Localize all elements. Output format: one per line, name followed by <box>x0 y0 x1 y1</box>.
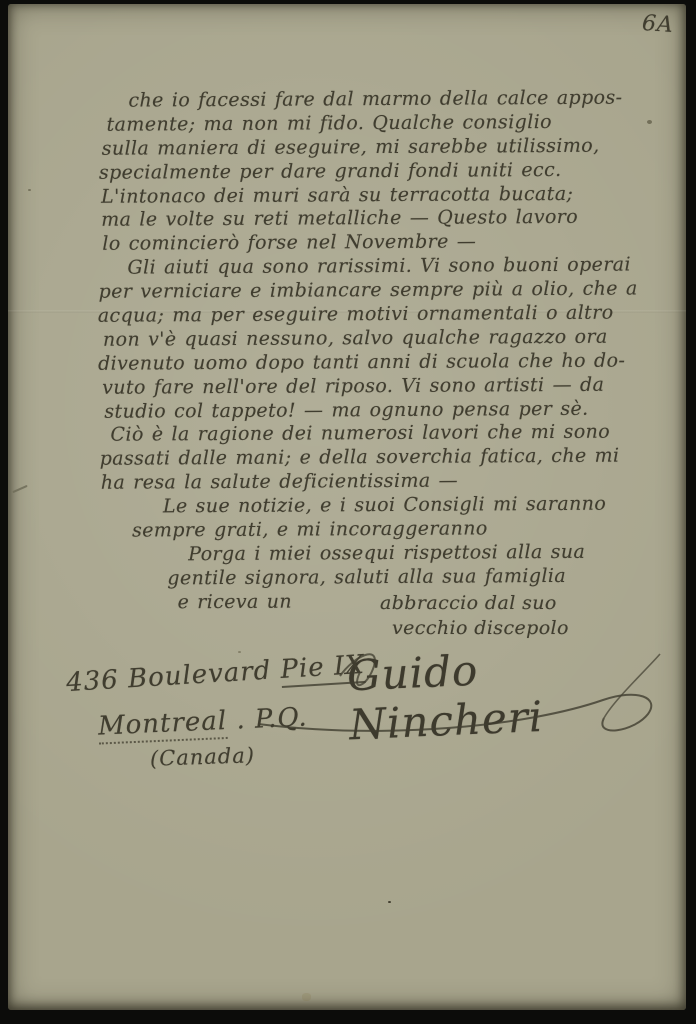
handwritten-line: studio col tappeto! — ma ognuno pensa pe… <box>104 397 680 424</box>
page-number-mark: 6A <box>641 11 675 38</box>
closing-line-discepolo: vecchio discepolo <box>392 617 569 639</box>
address-city-underlined: Montreal <box>97 706 227 745</box>
letter-body: che io facessi fare dal marmo della calc… <box>90 86 681 615</box>
closing-line-abbraccio: abbraccio dal suo <box>380 592 557 614</box>
letter-paper: 6A che io facessi fare dal marmo della c… <box>8 4 686 1010</box>
handwritten-line: sempre grati, e mi incoraggeranno <box>132 516 681 543</box>
handwritten-line: per verniciare e imbiancare sempre più a… <box>99 277 680 304</box>
address-province: . P.Q. <box>226 702 308 735</box>
signature-guido-nincheri: Guido Nincheri <box>346 637 688 750</box>
handwritten-line: gentile signora, saluti alla sua famigli… <box>167 564 681 591</box>
handwritten-line: specialmente per dare grandi fondi uniti… <box>99 158 679 185</box>
handwritten-line: Porga i miei ossequi rispettosi alla sua <box>188 540 681 567</box>
handwritten-line: ma le volte su reti metalliche — Questo … <box>101 206 679 233</box>
pencil-margin-mark <box>12 485 27 493</box>
handwritten-line: ha resa la salute deficientissima — <box>101 468 681 495</box>
address-street: 436 Boulevard Pie IX <box>65 650 365 698</box>
handwritten-line: non v'è quasi nessuno, salvo qualche rag… <box>103 325 680 352</box>
handwritten-line: Ciò è la ragione dei numerosi lavori che… <box>110 421 680 448</box>
address-street-underlined: Pie IX <box>280 650 366 688</box>
address-country: (Canada) <box>150 743 256 771</box>
handwritten-line: lo comincierò forse nel Novembre — <box>102 230 679 257</box>
scan-background: 6A che io facessi fare dal marmo della c… <box>0 0 696 1024</box>
handwritten-line: che io facessi fare dal marmo della calc… <box>128 86 678 113</box>
handwritten-line: divenuto uomo dopo tanti anni di scuola … <box>98 349 680 376</box>
handwritten-line: Gli aiuti qua sono rarissimi. Vi sono bu… <box>127 253 679 280</box>
paper-stain-specks <box>388 901 391 903</box>
handwritten-line: passati dalle mani; e della soverchia fa… <box>100 445 681 472</box>
address-street-text: 436 Boulevard <box>65 655 281 698</box>
handwritten-line: L'intonaco dei muri sarà su terracotta b… <box>101 182 679 209</box>
handwritten-line: vuto fare nell'ore del riposo. Vi sono a… <box>102 373 680 400</box>
handwritten-line: acqua; ma per eseguire motivi ornamental… <box>98 301 680 328</box>
address-city: Montreal . P.Q. <box>97 702 308 741</box>
handwritten-line: sulla maniera di eseguire, mi sarebbe ut… <box>102 134 679 161</box>
handwritten-line: Le sue notizie, e i suoi Consigli mi sar… <box>163 492 681 519</box>
handwritten-line: tamente; ma non mi fido. Qualche consigl… <box>107 110 679 137</box>
